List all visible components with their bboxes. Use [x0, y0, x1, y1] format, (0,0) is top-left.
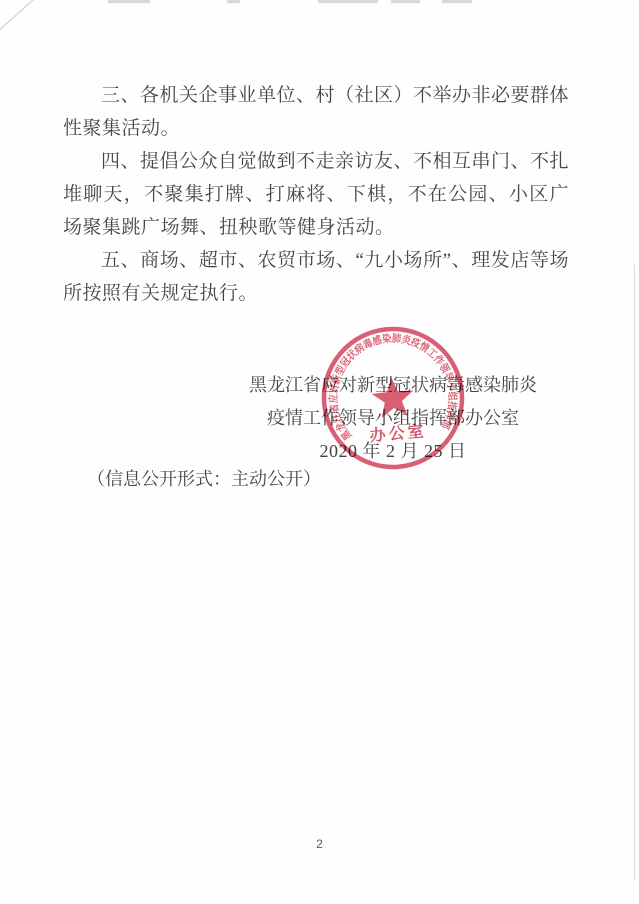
- paragraph-item-four: 四、提倡公众自觉做到不走亲访友、不相互串门、不扎堆聊天，不聚集打牌、打麻将、下棋…: [63, 145, 569, 244]
- scan-smudge: [108, 0, 150, 3]
- document-page: 三、各机关企事业单位、村（社区）不举办非必要群体性聚集活动。 四、提倡公众自觉做…: [0, 0, 639, 904]
- scan-smudge: [442, 0, 472, 3]
- signature-block: 黑龙江省应对新型冠状病毒感染肺炎 疫情工作领导小组指挥部办公室 2020 年 2…: [228, 369, 558, 468]
- scan-page-edge-line: [634, 265, 635, 880]
- paragraph-item-three: 三、各机关企事业单位、村（社区）不举办非必要群体性聚集活动。: [63, 79, 569, 145]
- issuer-name-line1: 黑龙江省应对新型冠状病毒感染肺炎: [228, 369, 558, 402]
- scan-smudge: [391, 0, 420, 3]
- scan-smudge: [318, 0, 378, 3]
- page-number: 2: [0, 837, 639, 851]
- issuer-name-line2: 疫情工作领导小组指挥部办公室: [228, 402, 558, 435]
- disclosure-note: （信息公开形式：主动公开）: [87, 467, 321, 491]
- document-body: 三、各机关企事业单位、村（社区）不举办非必要群体性聚集活动。 四、提倡公众自觉做…: [63, 79, 569, 310]
- scan-smudge: [227, 0, 240, 3]
- paragraph-item-five: 五、商场、超市、农贸市场、“九小场所”、理发店等场所按照有关规定执行。: [63, 244, 569, 310]
- issue-date: 2020 年 2 月 25 日: [228, 435, 558, 468]
- scan-corner-fold-line: [0, 0, 36, 38]
